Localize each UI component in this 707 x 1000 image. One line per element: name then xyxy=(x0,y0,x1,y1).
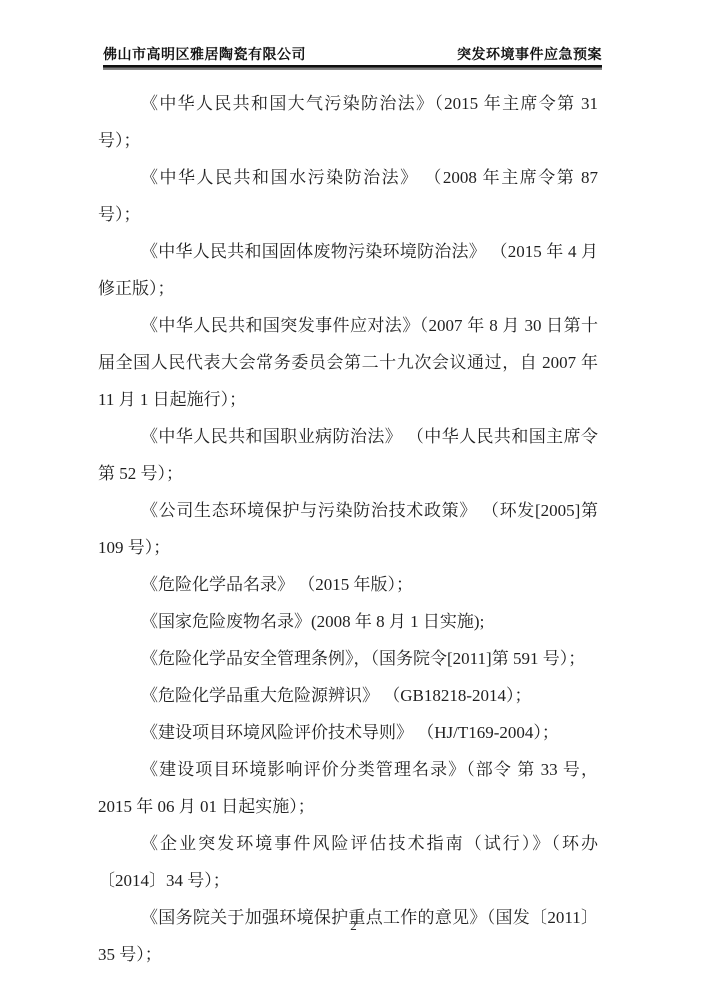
header-doc-title: 突发环境事件应急预案 xyxy=(457,44,602,64)
legal-reference: 《国家危险废物名录》(2008 年 8 月 1 日实施); xyxy=(98,603,598,640)
legal-reference: 《中华人民共和国水污染防治法》 （2008 年主席令第 87 号）； xyxy=(98,159,598,233)
legal-reference: 《中华人民共和国大气污染防治法》（2015 年主席令第 31 号）； xyxy=(98,85,598,159)
legal-reference: 《建设项目环境影响评价分类管理名录》（部令 第 33 号，2015 年 06 月… xyxy=(98,751,598,825)
legal-reference: 《危险化学品名录》 （2015 年版）； xyxy=(98,566,598,603)
legal-reference: 《企业突发环境事件风险评估技术指南（试行）》（环办〔2014〕34 号）； xyxy=(98,825,598,899)
page-footer: 2 xyxy=(0,918,707,934)
legal-reference: 《中华人民共和国突发事件应对法》（2007 年 8 月 30 日第十届全国人民代… xyxy=(98,307,598,418)
legal-reference: 《中华人民共和国职业病防治法》 （中华人民共和国主席令第 52 号）； xyxy=(98,418,598,492)
document-page: 佛山市高明区雅居陶瓷有限公司 突发环境事件应急预案 《中华人民共和国大气污染防治… xyxy=(0,0,707,1000)
legal-reference: 《公司生态环境保护与污染防治技术政策》 （环发[2005]第 109 号）； xyxy=(98,492,598,566)
legal-reference: 《危险化学品安全管理条例》，（国务院令[2011]第 591 号）； xyxy=(98,640,598,677)
header-company-name: 佛山市高明区雅居陶瓷有限公司 xyxy=(103,44,306,64)
page-number: 2 xyxy=(350,918,357,933)
legal-reference: 《国务院关于加强环境保护重点工作的意见》（国发〔2011〕35 号）； xyxy=(98,899,598,973)
header-rule-line xyxy=(103,65,602,70)
document-body: 《中华人民共和国大气污染防治法》（2015 年主席令第 31 号）； 《中华人民… xyxy=(98,85,598,973)
legal-reference: 《中华人民共和国固体废物污染环境防治法》 （2015 年 4 月修正版）； xyxy=(98,233,598,307)
legal-reference: 《危险化学品重大危险源辨识》 （GB18218-2014）； xyxy=(98,677,598,714)
page-header: 佛山市高明区雅居陶瓷有限公司 突发环境事件应急预案 xyxy=(103,44,602,64)
legal-reference: 《建设项目环境风险评价技术导则》 （HJ/T169-2004）； xyxy=(98,714,598,751)
